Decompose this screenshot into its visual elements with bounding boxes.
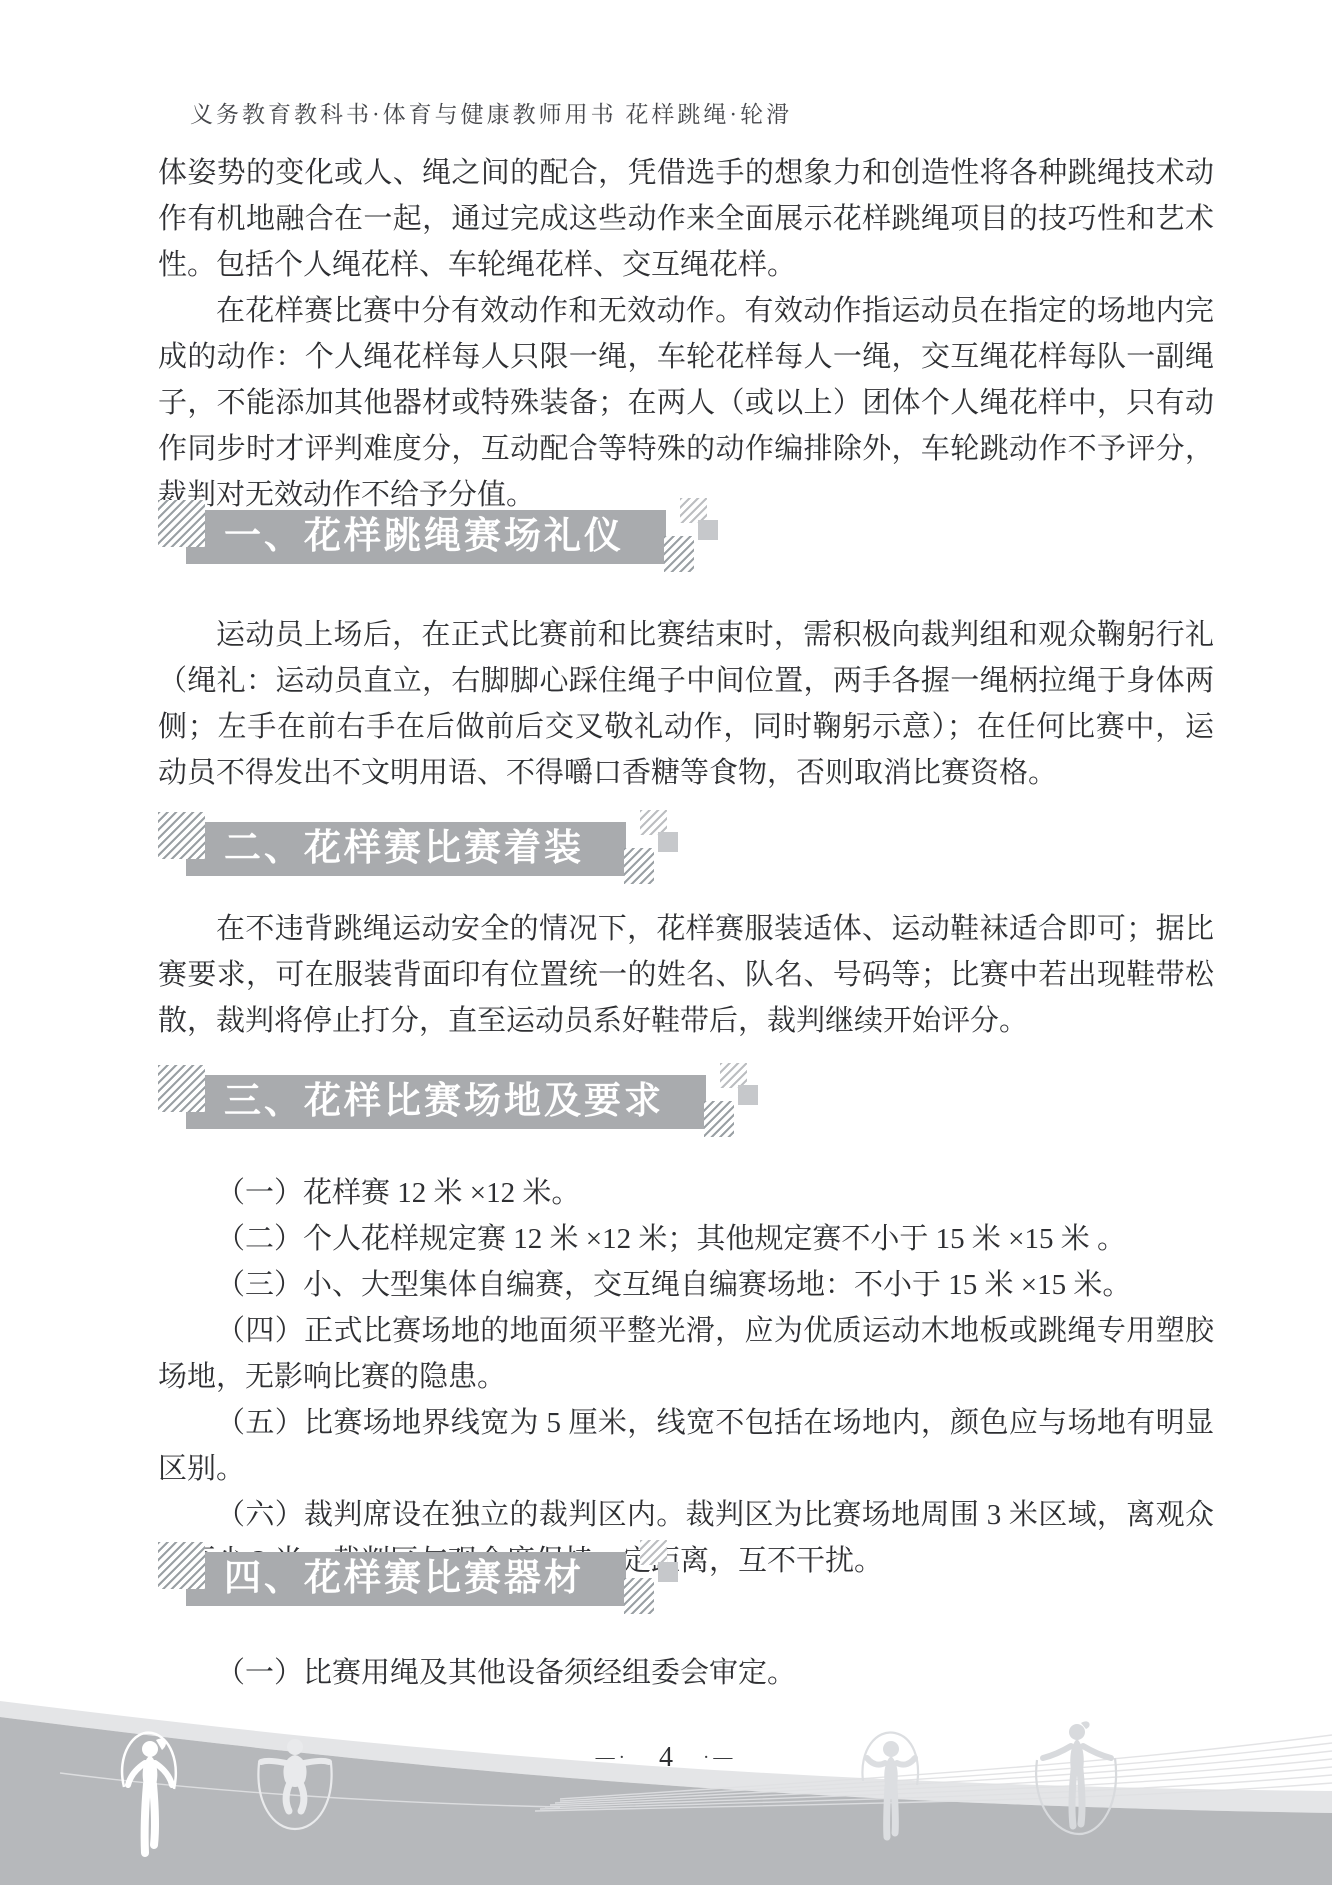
section-title-bar: 一、花样跳绳赛场礼仪 (186, 510, 666, 564)
heading-right-decoration (662, 510, 740, 564)
gray-square-decoration (698, 520, 718, 540)
section-heading-4: 四、花样赛比赛器材 (186, 1552, 700, 1606)
section-title-bar: 二、花样赛比赛着装 (186, 822, 626, 876)
gray-square-decoration (658, 832, 678, 852)
gray-square-decoration (658, 1562, 678, 1582)
hatch-square-decoration (158, 500, 205, 547)
section-3-text: （一）花样赛 12 米 ×12 米。 （二）个人花样规定赛 12 米 ×12 米… (158, 1170, 1214, 1584)
running-head: 义务教育教科书·体育与健康教师用书 花样跳绳·轮滑 (190, 96, 792, 129)
gray-square-decoration (738, 1085, 758, 1105)
page-footer: —· 4 ·— (0, 1742, 1332, 1774)
section-heading-3: 三、花样比赛场地及要求 (186, 1075, 780, 1129)
section-heading-2: 二、花样赛比赛着装 (186, 822, 700, 876)
page-number: 4 (659, 1742, 673, 1774)
section-title-bar: 三、花样比赛场地及要求 (186, 1075, 706, 1129)
heading-right-decoration (622, 1552, 700, 1606)
hatch-square-decoration (158, 1065, 205, 1112)
list-item: （三）小、大型集体自编赛，交互绳自编赛场地：不小于 15 米 ×15 米。 (158, 1262, 1214, 1308)
section-2-text: 在不违背跳绳运动安全的情况下，花样赛服装适体、运动鞋袜适合即可；据比赛要求，可在… (158, 906, 1214, 1044)
list-item: （一）比赛用绳及其他设备须经组委会审定。 (158, 1650, 1214, 1696)
section-4-text: （一）比赛用绳及其他设备须经组委会审定。 (158, 1650, 1214, 1696)
section-heading-1: 一、花样跳绳赛场礼仪 (186, 510, 740, 564)
paragraph: 在不违背跳绳运动安全的情况下，花样赛服装适体、运动鞋袜适合即可；据比赛要求，可在… (158, 906, 1214, 1044)
list-item: （一）花样赛 12 米 ×12 米。 (158, 1170, 1214, 1216)
hatch-square-decoration (704, 1101, 734, 1137)
heading-right-decoration (622, 822, 700, 876)
paragraph: 在花样赛比赛中分有效动作和无效动作。有效动作指运动员在指定的场地内完成的动作：个… (158, 288, 1214, 518)
book-page: 义务教育教科书·体育与健康教师用书 花样跳绳·轮滑 体姿势的变化或人、绳之间的配… (0, 0, 1332, 1885)
list-item: （二）个人花样规定赛 12 米 ×12 米；其他规定赛不小于 15 米 ×15 … (158, 1216, 1214, 1262)
hatch-square-decoration (664, 536, 694, 572)
hatch-square-decoration (624, 848, 654, 884)
list-item: （四）正式比赛场地的地面须平整光滑，应为优质运动木地板或跳绳专用塑胶场地，无影响… (158, 1308, 1214, 1400)
paragraph: 运动员上场后，在正式比赛前和比赛结束时，需积极向裁判组和观众鞠躬行礼（绳礼：运动… (158, 612, 1214, 796)
heading-right-decoration (702, 1075, 780, 1129)
paragraph: 体姿势的变化或人、绳之间的配合，凭借选手的想象力和创造性将各种跳绳技术动作有机地… (158, 150, 1214, 288)
intro-text: 体姿势的变化或人、绳之间的配合，凭借选手的想象力和创造性将各种跳绳技术动作有机地… (158, 150, 1214, 518)
list-item: （五）比赛场地界线宽为 5 厘米，线宽不包括在场地内，颜色应与场地有明显区别。 (158, 1400, 1214, 1492)
hatch-square-decoration (624, 1578, 654, 1614)
bottom-decoration-band (0, 1695, 1332, 1885)
footer-ornament-right: ·— (703, 1747, 736, 1769)
section-1-text: 运动员上场后，在正式比赛前和比赛结束时，需积极向裁判组和观众鞠躬行礼（绳礼：运动… (158, 612, 1214, 796)
section-title-bar: 四、花样赛比赛器材 (186, 1552, 626, 1606)
footer-ornament-left: —· (596, 1747, 629, 1769)
hatch-square-decoration (158, 812, 205, 859)
hatch-square-decoration (158, 1542, 205, 1589)
